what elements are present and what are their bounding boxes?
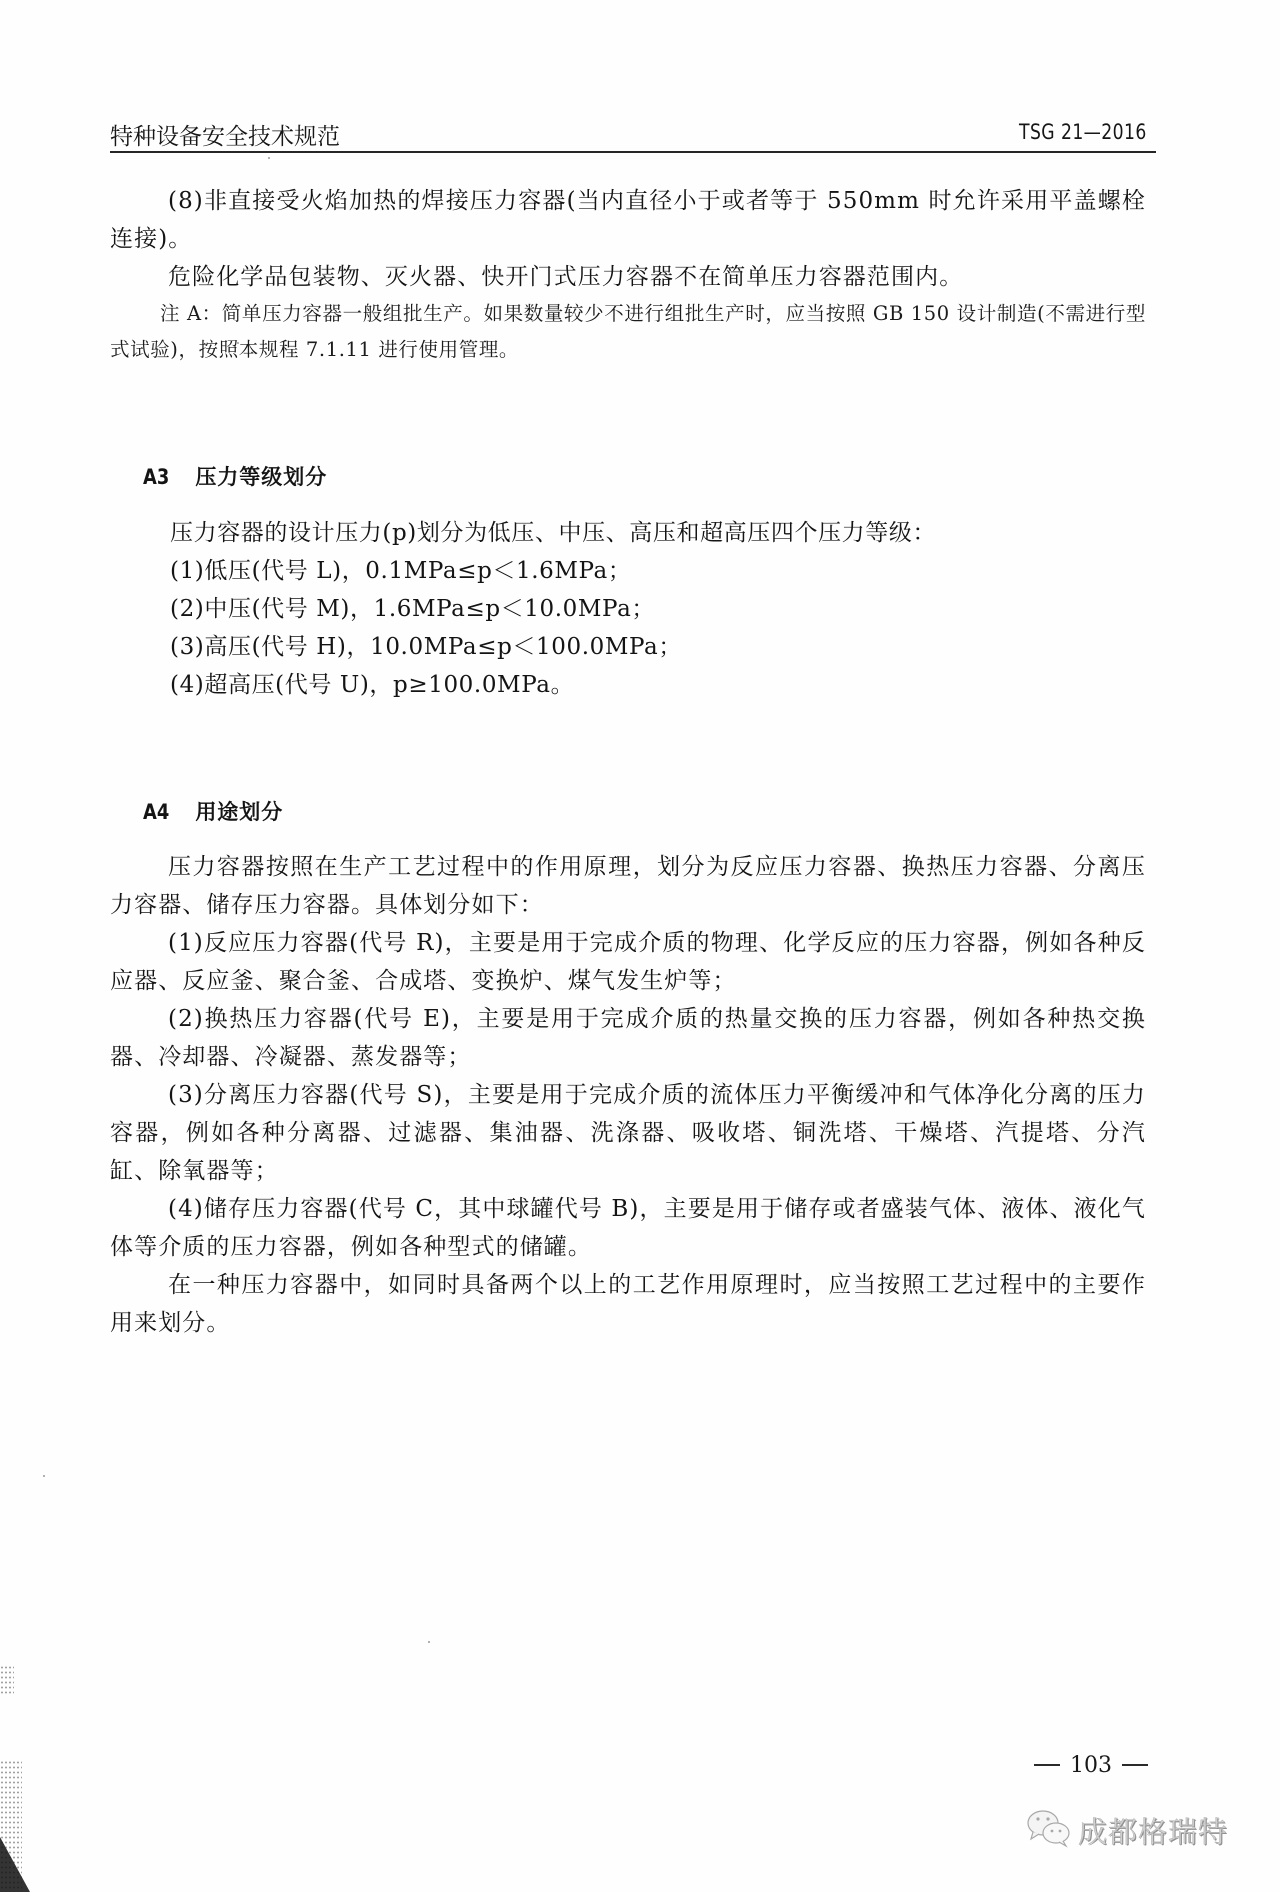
a3-intro: 压力容器的设计压力(p)划分为低压、中压、高压和超高压四个压力等级： [110,514,1146,552]
scan-noise [0,1665,14,1695]
item-8-paragraph: (8)非直接受火焰加热的焊接压力容器(当内直径小于或者等于 550mm 时允许采… [110,182,1146,258]
section-a4-body: 压力容器按照在生产工艺过程中的作用原理，划分为反应压力容器、换热压力容器、分离压… [110,848,1146,1342]
note-a: 注 A：简单压力容器一般组批生产。如果数量较少不进行组批生产时，应当按照 GB … [110,296,1146,368]
section-a3-body: 压力容器的设计压力(p)划分为低压、中压、高压和超高压四个压力等级： (1)低压… [110,514,1146,704]
list-item: (4)储存压力容器(代号 C，其中球罐代号 B)，主要是用于储存或者盛装气体、液… [110,1190,1146,1266]
standard-code: TSG 21—2016 [1019,120,1147,144]
page-number: 103 [1034,1750,1148,1780]
scan-corner-shadow [0,1837,30,1892]
section-heading-a4: A4 用途划分 [143,796,283,824]
list-item: (3)分离压力容器(代号 S)，主要是用于完成介质的流体压力平衡缓冲和气体净化分… [110,1076,1146,1190]
running-header: 特种设备安全技术规范 TSG 21—2016 [110,116,1155,152]
document-series-title: 特种设备安全技术规范 [110,118,340,151]
dash-right [1122,1764,1148,1766]
section-title: 用途划分 [195,796,283,826]
scan-speck [428,1641,430,1643]
section-number: A4 [143,800,181,824]
header-rule [110,151,1156,153]
section-number: A3 [143,465,181,489]
scan-speck [237,342,239,344]
watermark: 成都格瑞特 [1026,1808,1228,1852]
dash-left [1034,1764,1060,1766]
intro-block: (8)非直接受火焰加热的焊接压力容器(当内直径小于或者等于 550mm 时允许采… [110,182,1146,368]
list-item: (4)超高压(代号 U)，p≥100.0MPa。 [110,666,1146,704]
scan-speck [268,157,270,159]
a4-closing: 在一种压力容器中，如同时具备两个以上的工艺作用原理时，应当按照工艺过程中的主要作… [110,1266,1146,1342]
section-heading-a3: A3 压力等级划分 [143,461,327,489]
list-item: (2)中压(代号 M)，1.6MPa≤p＜10.0MPa； [110,590,1146,628]
section-title: 压力等级划分 [195,461,327,491]
list-item: (2)换热压力容器(代号 E)，主要是用于完成介质的热量交换的压力容器，例如各种… [110,1000,1146,1076]
exclusion-paragraph: 危险化学品包装物、灭火器、快开门式压力容器不在简单压力容器范围内。 [110,258,1146,296]
watermark-text: 成都格瑞特 [1078,1810,1228,1851]
scan-speck [43,1475,45,1477]
list-item: (1)低压(代号 L)，0.1MPa≤p＜1.6MPa； [110,552,1146,590]
list-item: (3)高压(代号 H)，10.0MPa≤p＜100.0MPa； [110,628,1146,666]
a4-intro: 压力容器按照在生产工艺过程中的作用原理，划分为反应压力容器、换热压力容器、分离压… [110,848,1146,924]
wechat-icon [1026,1808,1072,1852]
list-item: (1)反应压力容器(代号 R)，主要是用于完成介质的物理、化学反应的压力容器，例… [110,924,1146,1000]
page-number-value: 103 [1070,1753,1112,1778]
document-page: 特种设备安全技术规范 TSG 21—2016 (8)非直接受火焰加热的焊接压力容… [0,0,1280,1892]
